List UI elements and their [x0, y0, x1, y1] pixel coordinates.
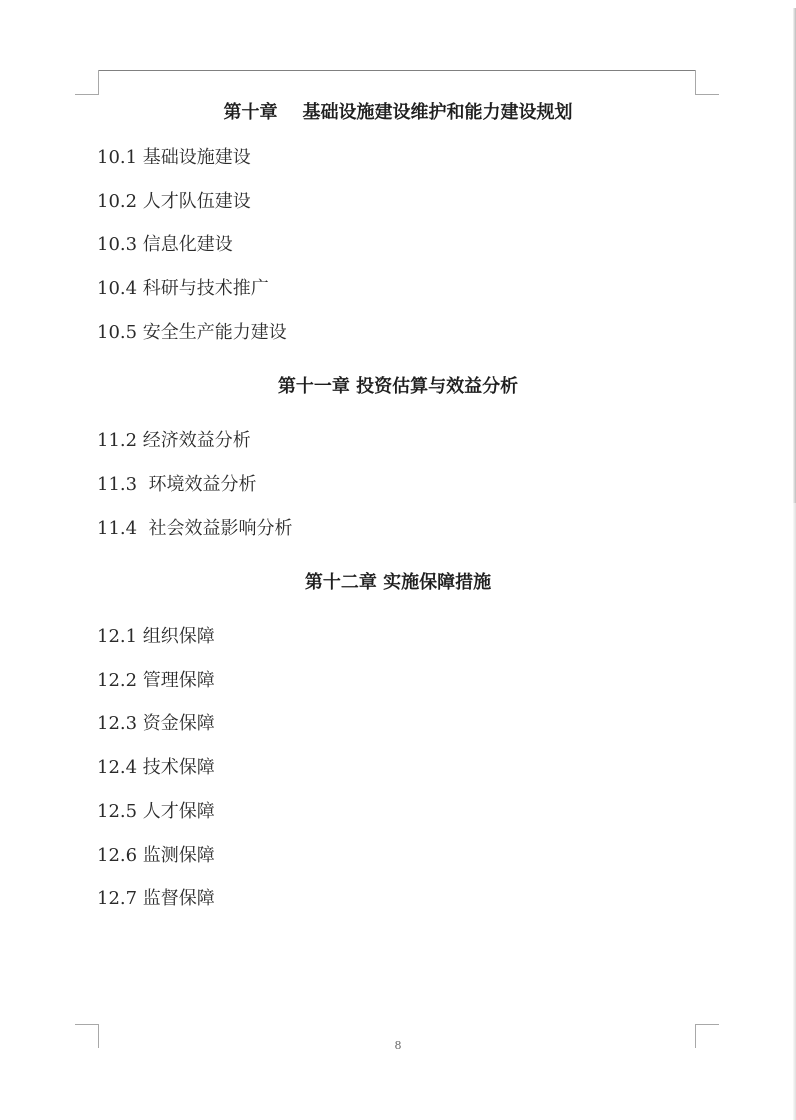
section-item: 10.1 基础设施建设	[97, 146, 251, 170]
chapter-heading: 第十一章 投资估算与效益分析	[0, 375, 796, 399]
section-item: 12.3 资金保障	[97, 712, 215, 736]
crop-mark-top-right-horizontal	[695, 94, 719, 95]
section-item: 10.3 信息化建设	[97, 233, 233, 257]
crop-mark-bottom-right-horizontal	[695, 1024, 719, 1025]
chapter-heading: 第十二章 实施保障措施	[0, 571, 796, 595]
section-item: 10.2 人才队伍建设	[97, 190, 251, 214]
crop-mark-top-right-vertical	[695, 70, 696, 94]
section-item: 12.6 监测保障	[97, 844, 215, 868]
crop-mark-bottom-right-vertical	[695, 1024, 696, 1048]
section-item: 12.4 技术保障	[97, 756, 215, 780]
document-page: 第十章 基础设施建设维护和能力建设规划 10.1 基础设施建设 10.2 人才队…	[0, 0, 796, 1120]
section-item: 11.2 经济效益分析	[97, 429, 251, 453]
section-item: 12.5 人才保障	[97, 800, 215, 824]
chapter-heading: 第十章 基础设施建设维护和能力建设规划	[0, 101, 796, 125]
section-item: 12.2 管理保障	[97, 669, 215, 693]
header-border-line	[98, 70, 696, 71]
section-item: 12.1 组织保障	[97, 625, 215, 649]
section-item: 12.7 监督保障	[97, 887, 215, 911]
crop-mark-top-left-horizontal	[75, 94, 99, 95]
page-number: 8	[390, 1039, 406, 1053]
crop-mark-bottom-left-horizontal	[75, 1024, 99, 1025]
crop-mark-bottom-left-vertical	[98, 1024, 99, 1048]
section-item: 10.5 安全生产能力建设	[97, 321, 287, 345]
section-item: 10.4 科研与技术推广	[97, 277, 269, 301]
section-item: 11.4 社会效益影响分析	[97, 517, 293, 541]
crop-mark-top-left-vertical	[98, 70, 99, 94]
section-item: 11.3 环境效益分析	[97, 473, 257, 497]
